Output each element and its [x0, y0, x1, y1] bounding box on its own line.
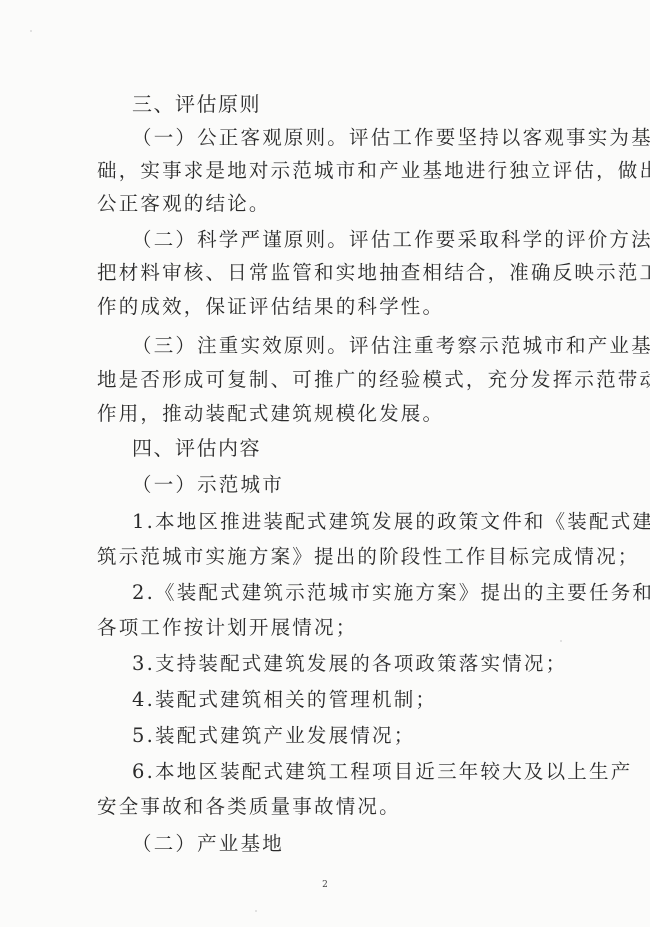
- subsection-heading-industry-base: （二）产业基地: [132, 832, 592, 856]
- principle-2-line-3: 作的成效，保证评估结果的科学性。: [97, 295, 557, 319]
- section-heading-content: 四、评估内容: [132, 436, 592, 460]
- scan-speck: [30, 30, 32, 32]
- principle-3-line-2: 地是否形成可复制、可推广的经验模式，充分发挥示范带动: [97, 368, 557, 392]
- principle-3-line-3: 作用，推动装配式建筑规模化发展。: [97, 402, 557, 426]
- content-item-6-line-2: 安全事故和各类质量事故情况。: [97, 795, 557, 819]
- principle-1-line-2: 础，实事求是地对示范城市和产业基地进行独立评估，做出: [97, 159, 557, 183]
- principle-1-line-1: （一）公正客观原则。评估工作要坚持以客观事实为基: [132, 126, 592, 150]
- content-item-1-line-2: 筑示范城市实施方案》提出的阶段性工作目标完成情况；: [97, 545, 557, 569]
- content-item-6-line-1: 6.本地区装配式建筑工程项目近三年较大及以上生产: [132, 760, 592, 784]
- scan-speck: [255, 910, 257, 912]
- principle-3-line-1: （三）注重实效原则。评估注重考察示范城市和产业基: [132, 334, 592, 358]
- content-item-1-line-1: 1.本地区推进装配式建筑发展的政策文件和《装配式建: [132, 510, 592, 534]
- principle-1-line-3: 公正客观的结论。: [97, 192, 557, 216]
- content-item-3: 3.支持装配式建筑发展的各项政策落实情况；: [132, 652, 592, 676]
- subsection-heading-demo-city: （一）示范城市: [132, 473, 592, 497]
- content-item-2-line-2: 各项工作按计划开展情况；: [97, 616, 557, 640]
- document-page: 三、评估原则 （一）公正客观原则。评估工作要坚持以客观事实为基 础，实事求是地对…: [0, 0, 650, 927]
- content-item-4: 4.装配式建筑相关的管理机制；: [132, 688, 592, 712]
- scan-speck: [560, 640, 562, 642]
- page-number: 2: [0, 880, 650, 890]
- content-item-2-line-1: 2.《装配式建筑示范城市实施方案》提出的主要任务和: [132, 581, 592, 605]
- principle-2-line-1: （二）科学严谨原则。评估工作要采取科学的评价方法，: [132, 228, 592, 252]
- content-item-5: 5.装配式建筑产业发展情况；: [132, 724, 592, 748]
- section-heading-principles: 三、评估原则: [132, 92, 592, 116]
- principle-2-line-2: 把材料审核、日常监管和实地抽查相结合，准确反映示范工: [97, 261, 557, 285]
